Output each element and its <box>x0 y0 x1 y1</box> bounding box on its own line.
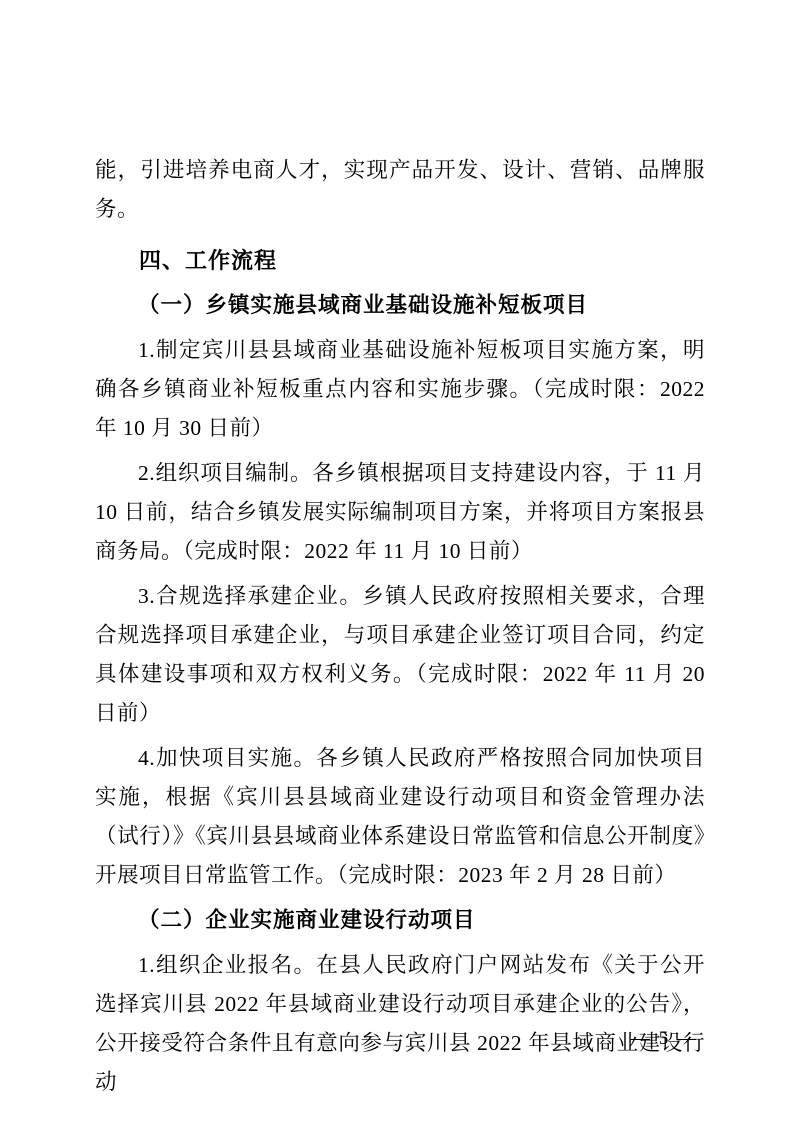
section-heading-work-process: 四、工作流程 <box>95 241 705 280</box>
paragraph-2-1: 1.组织企业报名。在县人民政府门户网站发布《关于公开选择宾川县 2022 年县域… <box>95 946 705 1102</box>
paragraph-1-3: 3.合规选择承建企业。乡镇人民政府按照相关要求，合理合规选择项目承建企业，与项目… <box>95 577 705 733</box>
intro-continuation-paragraph: 能，引进培养电商人才，实现产品开发、设计、营销、品牌服务。 <box>95 151 705 229</box>
document-page: 能，引进培养电商人才，实现产品开发、设计、营销、品牌服务。 四、工作流程 （一）… <box>0 0 793 1122</box>
paragraph-1-1: 1.制定宾川县县域商业基础设施补短板项目实施方案，明确各乡镇商业补短板重点内容和… <box>95 331 705 448</box>
page-number: — 5 — <box>631 1028 698 1050</box>
document-content: 能，引进培养电商人才，实现产品开发、设计、营销、品牌服务。 四、工作流程 （一）… <box>95 145 705 1108</box>
subsection-heading-2: （二）企业实施商业建设行动项目 <box>95 901 705 940</box>
paragraph-1-4: 4.加快项目实施。各乡镇人民政府严格按照合同加快项目实施，根据《宾川县县域商业建… <box>95 739 705 895</box>
subsection-heading-1: （一）乡镇实施县域商业基础设施补短板项目 <box>95 286 705 325</box>
paragraph-1-2: 2.组织项目编制。各乡镇根据项目支持建设内容，于 11 月 10 日前，结合乡镇… <box>95 454 705 571</box>
